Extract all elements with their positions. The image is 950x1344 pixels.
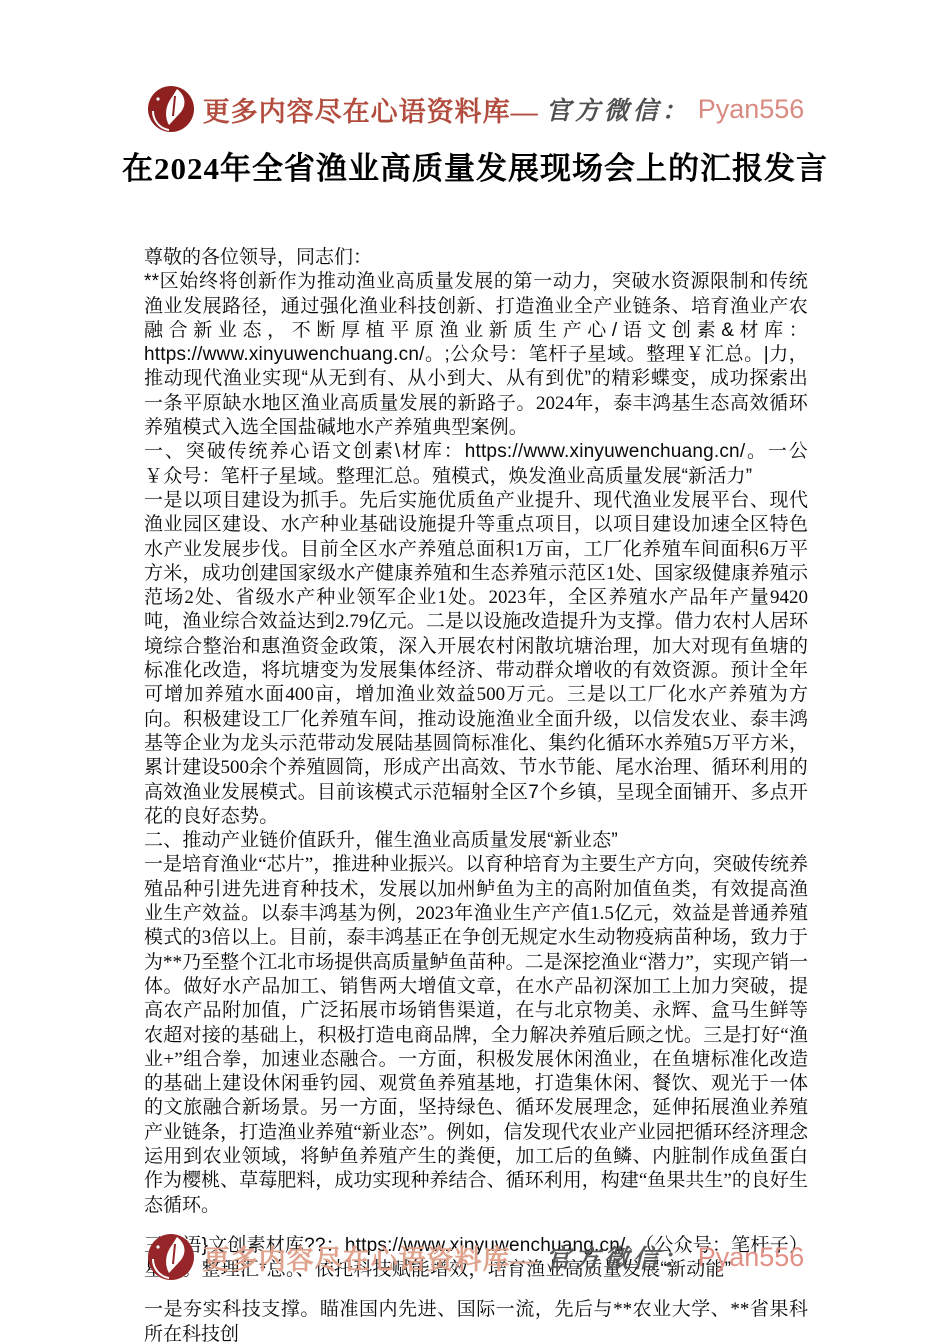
paragraph: **区始终将创新作为推动渔业高质量发展的第一动力，突破水资源限制和传统渔业发展路…: [144, 270, 808, 440]
paragraph: 二、推动产业链价值跃升，催生渔业高质量发展“新业态”: [144, 829, 808, 853]
footer-brand-text: 更多内容尽在心语资料库—: [203, 1238, 539, 1277]
paragraph: 一是培育渔业“芯片”，推进种业振兴。以育种培育为主要生产方向，突破传统养殖品种引…: [144, 853, 808, 1217]
header-wechat-id: Pyan556: [698, 94, 805, 125]
header-wechat-label: 官方微信：: [546, 91, 691, 127]
text-run: 一是培育渔业“芯片”，推进种业振兴。以育种培育为主要生产方向，突破传统养殖品种引…: [144, 854, 808, 1215]
text-run: 一是以项目建设为抓手。先后实施优质鱼产业提升、现代渔业发展平台、现代渔业园区建设…: [144, 490, 808, 778]
footer-brand-bar: 更多内容尽在心语资料库— 官方微信： Pyan556: [0, 1232, 950, 1282]
document-title: 在2024年全省渔业高质量发展现场会上的汇报发言: [0, 143, 950, 188]
paragraph: 一是以项目建设为抓手。先后实施优质鱼产业提升、现代渔业发展平台、现代渔业园区建设…: [144, 489, 808, 829]
footer-wechat-id: Pyan556: [698, 1242, 805, 1273]
document-body: 尊敬的各位领导，同志们：**区始终将创新作为推动渔业高质量发展的第一动力，突破水…: [144, 246, 808, 1344]
text-run: 二、推动产业链价值跃升，催生渔业高质量发展“新业态”: [144, 830, 618, 851]
text-run: 2024年，泰丰鸿基: [536, 393, 691, 414]
paragraph: 一是夯实科技支撑。瞄准国内先进、国际一流，先后与**农业大学、**省果科所在科技…: [144, 1298, 808, 1344]
header-brand-bar: 更多内容尽在心语资料库— 官方微信： Pyan556: [0, 84, 950, 134]
text-run: 一、突破传统养心语文创素\材库：https://www.xinyuwenchua…: [144, 441, 808, 486]
paragraph: 尊敬的各位领导，同志们：: [144, 246, 808, 270]
xinyu-pen-logo-icon: [146, 84, 196, 134]
xinyu-pen-logo-icon: [146, 1232, 196, 1282]
text-run: 一是夯实科技支撑。瞄准国内先进、国际一流，先后与**农业大学、**省果科所在科技…: [144, 1299, 808, 1344]
document-page: 更多内容尽在心语资料库— 官方微信： Pyan556 在2024年全省渔业高质量…: [0, 0, 950, 1344]
paragraph: 一、突破传统养心语文创素\材库：https://www.xinyuwenchua…: [144, 440, 808, 489]
footer-wechat-label: 官方微信：: [546, 1239, 691, 1275]
header-brand-text: 更多内容尽在心语资料库—: [203, 90, 539, 129]
text-run: 尊敬的各位领导，同志们：: [144, 247, 372, 268]
